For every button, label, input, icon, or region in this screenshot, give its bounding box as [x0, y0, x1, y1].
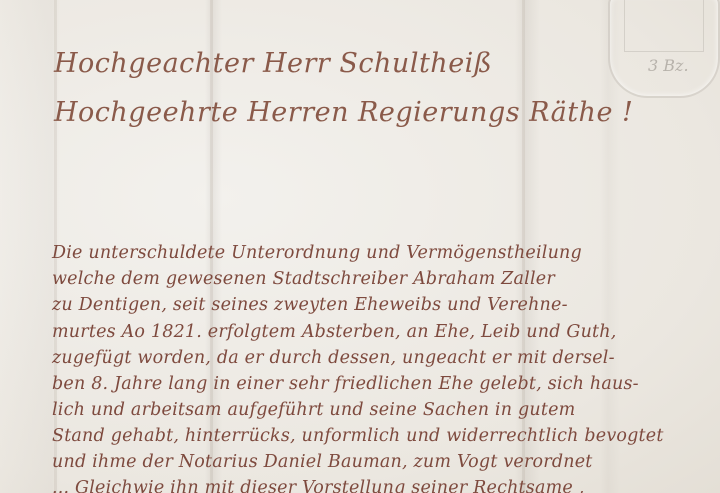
stamp-value: 3 Bz.: [648, 56, 689, 75]
embossed-tax-stamp: 3 Bz.: [608, 0, 720, 98]
body-line: zugefügt worden, da er durch dessen, ung…: [52, 348, 615, 368]
body-line: Stand gehabt, hinterrücks, unformlich un…: [52, 426, 664, 446]
body-line: ben 8. Jahre lang in einer sehr friedlic…: [52, 374, 639, 394]
stamp-coat-of-arms: [624, 0, 704, 52]
salutation-line-2: Hochgeehrte Herren Regierungs Räthe !: [54, 97, 633, 128]
body-line: zu Dentigen, seit seines zweyten Eheweib…: [52, 295, 568, 315]
body-line: Die unterschuldete Unterordnung und Verm…: [52, 243, 582, 263]
body-line: murtes Ao 1821. erfolgtem Absterben, an …: [52, 322, 617, 342]
body-line: ... Gleichwie ihn mit dieser Vorstellung…: [52, 478, 584, 493]
salutation-line-1: Hochgeachter Herr Schultheiß: [54, 48, 492, 79]
body-line: welche dem gewesenen Stadtschreiber Abra…: [52, 269, 555, 289]
body-line: und ihme der Notarius Daniel Bauman, zum…: [52, 452, 593, 472]
body-line: lich und arbeitsam aufgeführt und seine …: [52, 400, 575, 420]
